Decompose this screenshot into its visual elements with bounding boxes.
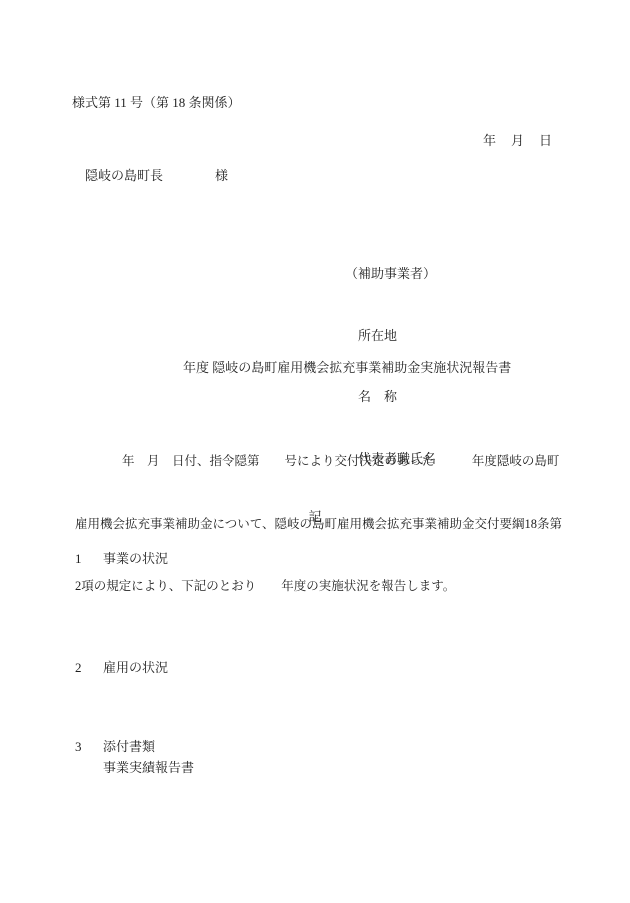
addressee-honorific: 様 [215,168,228,183]
item-1-label: 事業の状況 [103,551,168,566]
addressee-spacer [163,168,215,183]
issue-date-line: 年 月 日 [483,130,553,149]
form-number: 様式第 11 号（第 18 条関係） [72,92,241,111]
attachment-document-label: 事業実績報告書 [103,757,194,776]
applicant-field-name: 名 称 [345,387,436,408]
list-item-business-status: 1事業の状況 [75,548,168,567]
list-item-employment-status: 2雇用の状況 [75,657,168,676]
record-marker: 記 [0,506,630,525]
body-paragraph-line-1: 年 月 日付、指令隠第 号により交付決定のあった 年度隠岐の島町 [75,451,567,472]
item-2-label: 雇用の状況 [103,660,168,675]
body-paragraph-line-3: 2項の規定により、下記のとおり 年度の実施状況を報告します。 [75,576,567,597]
applicant-section-header: （補助事業者） [345,264,436,285]
addressee-line: 隠岐の島町長 様 [85,165,228,184]
item-2-number: 2 [75,660,103,676]
item-1-number: 1 [75,551,103,567]
list-item-attachments: 3添付書類 [75,736,155,755]
applicant-field-address: 所在地 [345,326,436,347]
addressee-name: 隠岐の島町長 [85,168,163,183]
item-3-label: 添付書類 [103,739,155,754]
document-title: 年度 隠岐の島町雇用機会拡充事業補助金実施状況報告書 [183,357,511,376]
item-3-number: 3 [75,739,103,755]
document-page: 様式第 11 号（第 18 条関係） 年 月 日 隠岐の島町長 様 （補助事業者… [0,0,630,903]
